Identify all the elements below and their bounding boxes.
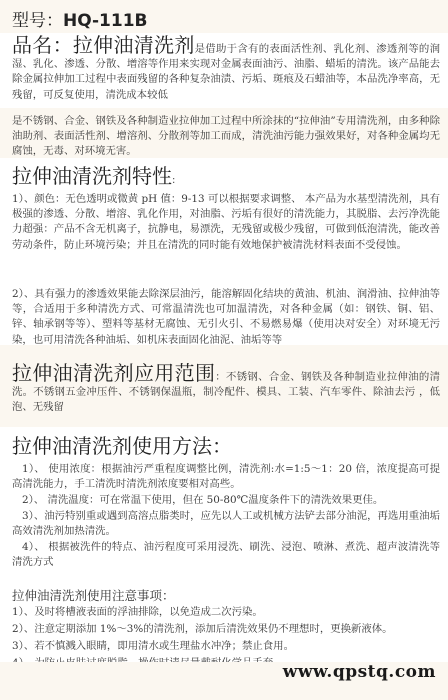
usage-item-4: 4）、 根据被洗件的特点、油污程度可采用浸洗、刷洗、浸泡、喷淋、煮洗、超声波清洗… — [12, 540, 440, 570]
precautions-heading: 拉伸油清洗剂使用注意事项： — [12, 586, 175, 604]
features-colon: : — [172, 175, 175, 186]
product-name: 拉伸油清洗剂 — [73, 33, 195, 57]
product-intro: 品名：拉伸油清洗剂是借助于含有的表面活性剂、乳化剂、渗透剂等的润湿、乳化、渗透、… — [12, 38, 440, 103]
precaution-item-1: 1）、及时将槽液表面的浮油排除，以免造成二次污染。 — [12, 604, 440, 621]
product-page: 型号：HQ-111B 品名：拉伸油清洗剂是借助于含有的表面活性剂、乳化剂、渗透剂… — [0, 0, 448, 700]
model-label: 型号： — [12, 11, 63, 31]
feature-item-1: 1）、颜色：无色透明或微黄 pH 值：9-13 可以根据要求调整、 本产品为水基… — [12, 192, 440, 253]
model-heading: 型号：HQ-111B — [12, 6, 148, 31]
usage-item-1: 1）、 使用浓度：根据油污严重程度调整比例，清洗剂:水=1:5～1：20 倍，浓… — [12, 462, 440, 492]
usage-heading: 拉伸油清洗剂使用方法： — [12, 430, 232, 459]
website-watermark: www.qpstq.com — [283, 662, 436, 682]
application-title: 拉伸油清洗剂应用范围 — [12, 361, 215, 385]
model-value: HQ-111B — [63, 11, 148, 31]
feature-item-2: 2）、具有强力的渗透效果能去除深层油污，能溶解固化结块的黄油、机油、润滑油、拉伸… — [12, 287, 440, 348]
product-name-label: 品名： — [12, 33, 73, 57]
precaution-item-2: 2）、注意定期添加 1%～3%的清洗剂，添加后清洗效果仍不理想时，更换新液体。 — [12, 621, 440, 638]
features-heading: 拉伸油清洗剂特性: — [12, 160, 175, 189]
precaution-item-3: 3）、若不慎溅入眼睛，即用清水或生理盐水冲净；禁止食用。 — [12, 638, 440, 655]
product-description: 是不锈钢、合金、钢铁及各种制造业拉伸加工过程中所涂抹的“拉伸油”专用清洗剂，由多… — [12, 114, 440, 160]
features-title: 拉伸油清洗剂特性 — [12, 164, 172, 188]
usage-item-2: 2）、 清洗温度：可在常温下使用，但在 50-80℃温度条件下的清洗效果更佳。 — [12, 493, 440, 508]
application-section: 拉伸油清洗剂应用范围：不锈钢、合金、钢铁及各种制造业拉伸油的清洗。不锈钢五金冲压… — [12, 366, 440, 416]
usage-item-3: 3）、油污特别重或遇到高溶点脂类时，应先以人工或机械方法铲去部分油泥，再选用重油… — [12, 509, 440, 539]
